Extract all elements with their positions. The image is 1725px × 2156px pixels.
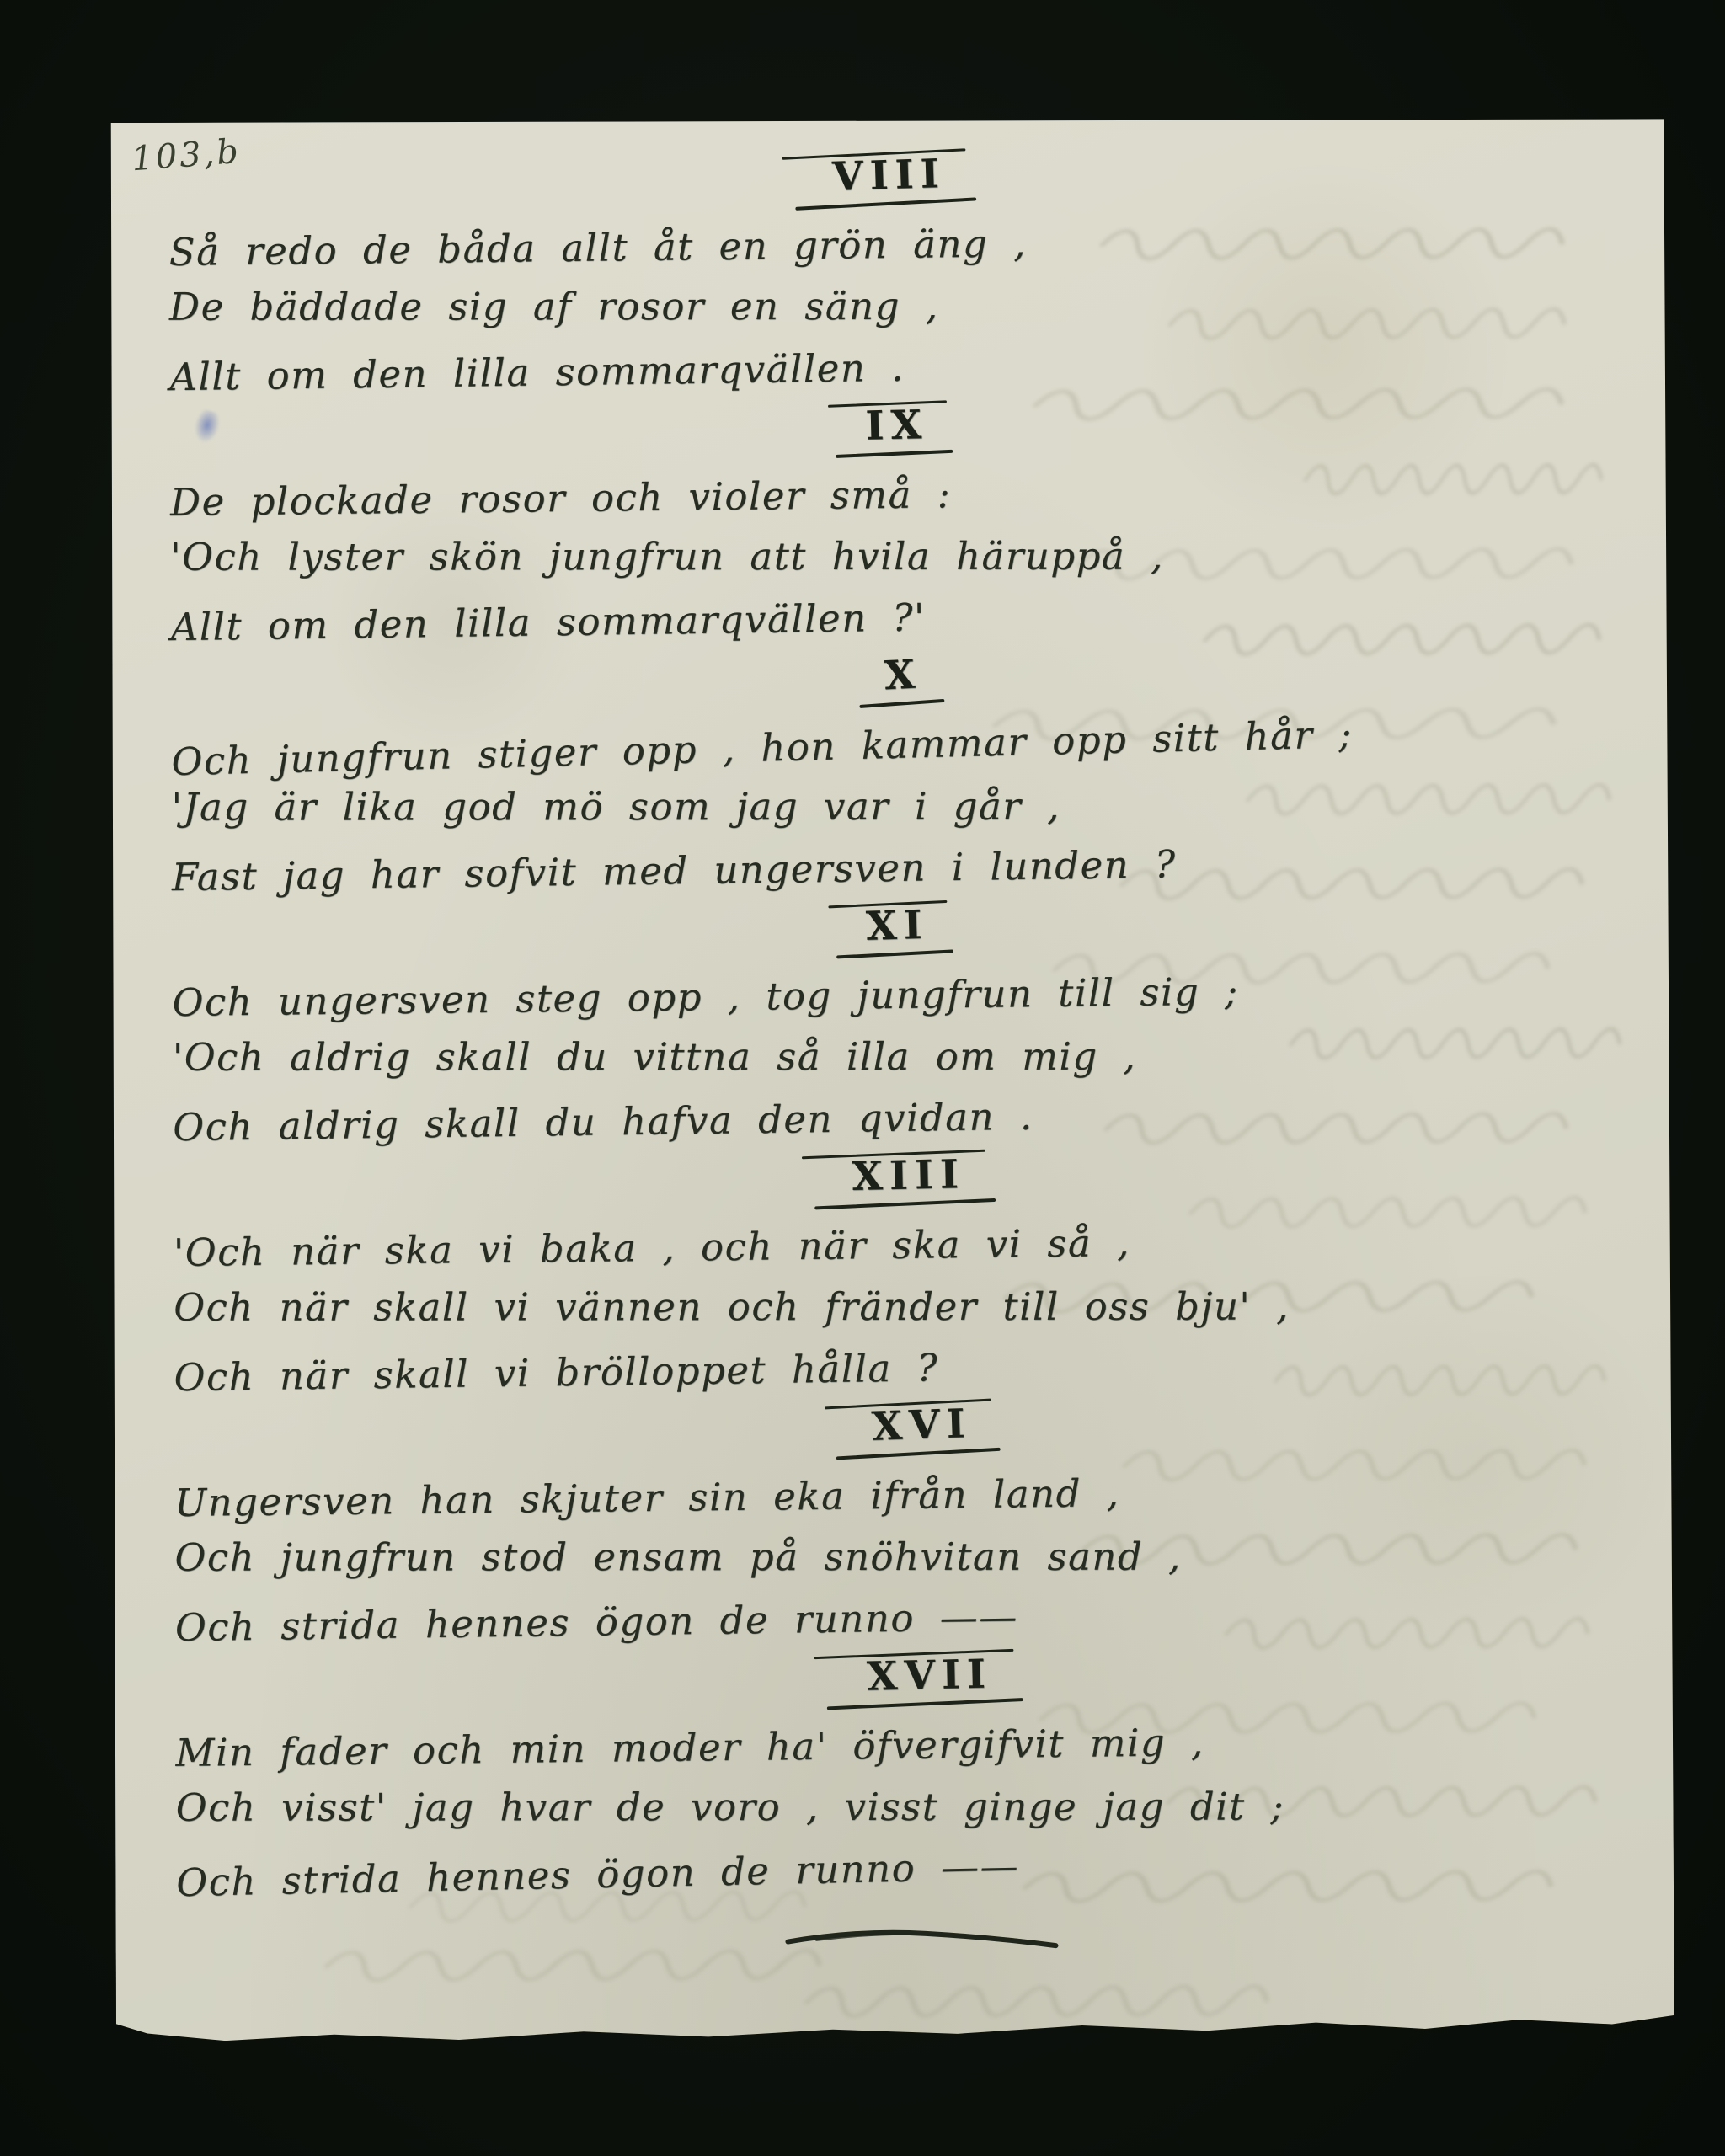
- stanza-xiii: XIII 'Och när ska vi baka , och när ska …: [149, 1147, 1637, 1402]
- stanza-heading: XVII: [851, 1648, 1007, 1707]
- poem-line: 'Och lyster skön jungfrun att hvila häru…: [147, 525, 1634, 588]
- poem-line: Min fader och min moder ha' öfvergifvit …: [152, 1707, 1640, 1784]
- poem-line: Och aldrig skall du hafva den qvidan .: [149, 1077, 1637, 1158]
- stanza-xvii: XVII Min fader och min moder ha' öfvergi…: [152, 1647, 1640, 1903]
- poem-line: Ungersven han skjuter sin eka ifrån land…: [151, 1457, 1639, 1534]
- stanza-xi: XI Och ungersven steg opp , tog jungfrun…: [148, 897, 1637, 1152]
- stanza-heading: XI: [850, 899, 944, 957]
- poem-line: Och jungfrun stod ensam på snöhvitan san…: [151, 1525, 1638, 1588]
- stanza-x: X Och jungfrun stiger opp , hon kammar o…: [147, 647, 1636, 902]
- poem-line: 'Jag är lika god mö som jag var i går ,: [148, 775, 1636, 838]
- stanza-heading: VIII: [816, 147, 961, 207]
- stanza-xvi: XVI Ungersven han skjuter sin eka ifrån …: [151, 1397, 1639, 1652]
- poem: VIII Så redo de båda allt åt en grön äng…: [145, 145, 1640, 1961]
- poem-line: Och strida hennes ögon de runno ——: [151, 1577, 1639, 1658]
- stanza-heading: XVI: [855, 1397, 987, 1457]
- poem-line: Så redo de båda allt åt en grön äng ,: [145, 206, 1633, 283]
- poem-line: De plockade rosor och violer små :: [147, 456, 1635, 533]
- poem-line: 'Och aldrig skall du vittna så illa om m…: [149, 1025, 1637, 1088]
- poem-line: Och när skall vi brölloppet hålla ?: [150, 1327, 1638, 1408]
- poem-line: Och när skall vi vännen och fränder till…: [150, 1275, 1637, 1338]
- stanza-heading: XIII: [836, 1149, 981, 1208]
- poem-line: Allt om den lilla sommarqvällen ?': [147, 577, 1635, 658]
- stanza-ix: IX De plockade rosor och violer små : 'O…: [146, 397, 1634, 652]
- poem-line: 'Och när ska vi baka , och när ska vi så…: [150, 1207, 1638, 1283]
- poem-line: Och ungersven steg opp , tog jungfrun ti…: [148, 957, 1637, 1033]
- poem-line: De bäddade sig af rosor en säng ,: [146, 275, 1633, 338]
- poem-line: Allt om den lilla sommarqvällen .: [146, 327, 1634, 408]
- stanza-heading: X: [868, 648, 938, 707]
- stanza-heading: IX: [850, 399, 944, 456]
- photo-background: { "page": { "folio_number": "103,b", "de…: [0, 0, 1725, 2156]
- closing-flourish: [782, 1920, 1060, 1958]
- manuscript-paper: 103,b VIII Så redo de båda allt åt en gr…: [108, 116, 1674, 2043]
- poem-line: Fast jag har sofvit med ungersven i lund…: [148, 827, 1637, 908]
- stanza-viii: VIII Så redo de båda allt åt en grön äng…: [145, 147, 1633, 402]
